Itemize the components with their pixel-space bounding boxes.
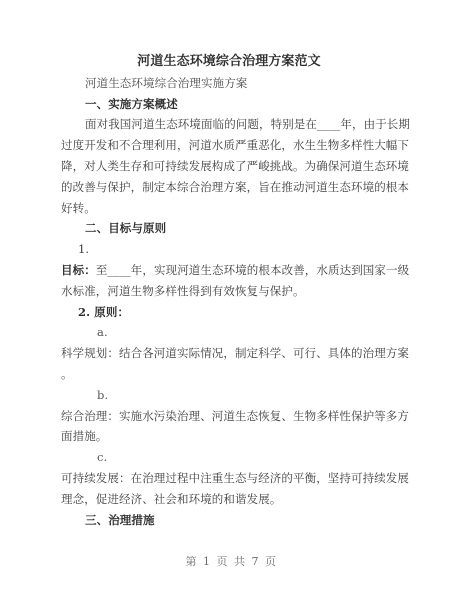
section-heading-1: 一、实施方案概述 [61, 94, 397, 115]
list-marker-2-principles: 2. 原则： [61, 302, 397, 323]
goal-line: 目标：至____年，实现河道生态环境的根本改善，水质达到国家一级 [61, 260, 397, 281]
document-page: 河道生态环境综合治理方案范文 河道生态环境综合治理实施方案 一、实施方案概述 面… [0, 0, 463, 600]
list-marker-b: b. [61, 385, 397, 406]
paragraph-line: 好转。 [61, 198, 397, 219]
paragraph-line: 理念，促进经济、社会和环境的和谐发展。 [61, 489, 397, 510]
paragraph-line: 面措施。 [61, 426, 397, 447]
list-marker-a: a. [61, 322, 397, 343]
section-heading-3: 三、治理措施 [61, 510, 397, 531]
paragraph-line: 的改善与保护，制定本综合治理方案，旨在推动河道生态环境的根本 [61, 177, 397, 198]
goal-text: 至____年，实现河道生态环境的根本改善，水质达到国家一级 [96, 263, 409, 277]
paragraph-line: 水标准，河道生物多样性得到有效恢复与保护。 [61, 281, 397, 302]
document-body: 河道生态环境综合治理方案范文 河道生态环境综合治理实施方案 一、实施方案概述 面… [61, 52, 397, 530]
paragraph-line: 综合治理：实施水污染治理、河道生态恢复、生物多样性保护等多方 [61, 406, 397, 427]
paragraph-line: 降，对人类生存和可持续发展构成了严峻挑战。为确保河道生态环境 [61, 156, 397, 177]
document-title: 河道生态环境综合治理方案范文 [61, 52, 397, 73]
paragraph-line: 。 [61, 364, 397, 385]
paragraph-line: 可持续发展：在治理过程中注重生态与经济的平衡，坚持可持续发展 [61, 468, 397, 489]
subtitle-line: 河道生态环境综合治理实施方案 [61, 73, 397, 94]
list-marker-c: c. [61, 447, 397, 468]
goal-label: 目标： [61, 263, 96, 277]
paragraph-line: 面对我国河道生态环境面临的问题，特别是在____年，由于长期 [61, 114, 397, 135]
paragraph-line: 过度开发和不合理利用，河道水质严重恶化，水生生物多样性大幅下 [61, 135, 397, 156]
section-heading-2: 二、目标与原则 [61, 218, 397, 239]
footer-page-number: 第 1 页 共 7 页 [0, 553, 463, 569]
paragraph-line: 科学规划：结合各河道实际情况，制定科学、可行、具体的治理方案 [61, 343, 397, 364]
list-marker-1: 1. [61, 239, 397, 260]
